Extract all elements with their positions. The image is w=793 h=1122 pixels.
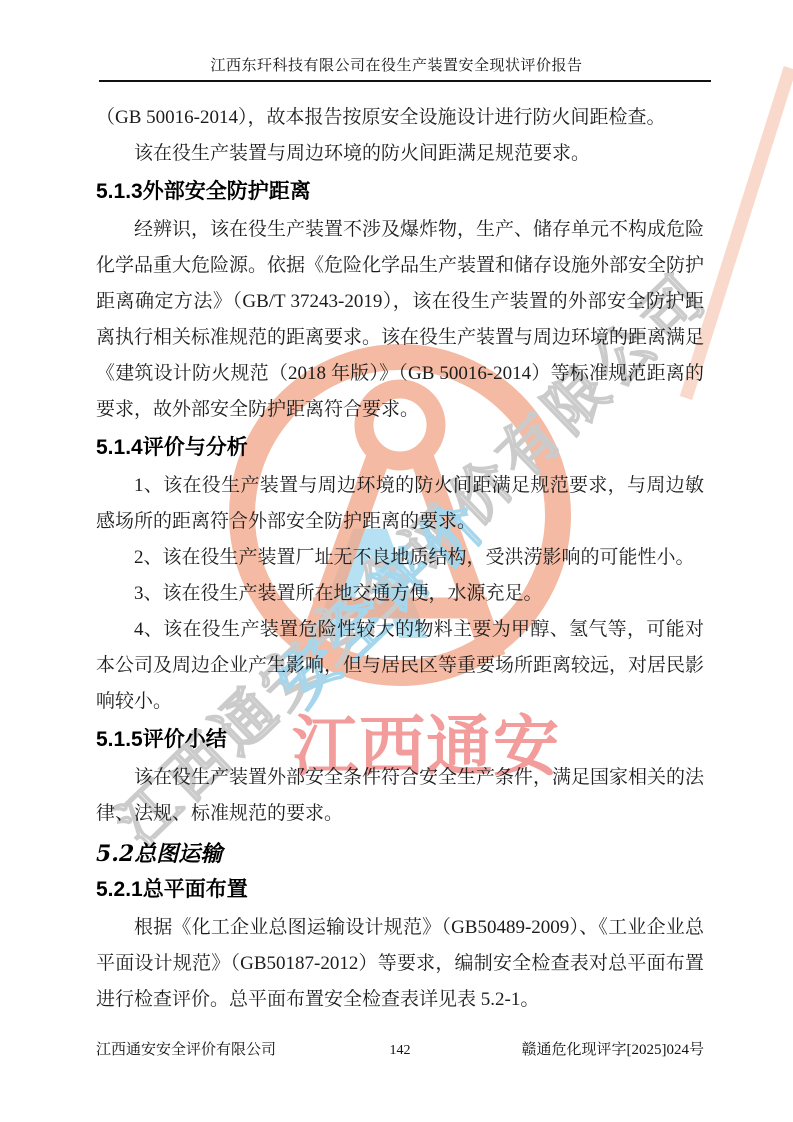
body-paragraph: 该在役生产装置外部安全条件符合安全生产条件，满足国家相关的法律、法规、标准规范的… bbox=[96, 760, 704, 832]
section-heading: 5.2.1总平面布置 bbox=[96, 875, 704, 905]
body-paragraph: 经辨识，该在役生产装置不涉及爆炸物，生产、储存单元不构成危险化学品重大危险源。依… bbox=[96, 212, 704, 428]
report-page: A 江西通安安全评价有限公司 安全评价 江西通安 江西东玕科技有限公司在役生产装… bbox=[0, 0, 793, 1122]
footer-document-number: 赣通危化现评字[2025]024号 bbox=[411, 1038, 705, 1059]
body-paragraph: 4、该在役生产装置危险性较大的物料主要为甲醇、氢气等，可能对本公司及周边企业产生… bbox=[96, 612, 704, 720]
section-heading: 5.1.3外部安全防护距离 bbox=[96, 177, 704, 207]
footer-company-name: 江西通安安全评价有限公司 bbox=[96, 1038, 390, 1059]
header-rule bbox=[99, 80, 711, 82]
body-paragraph: 3、该在役生产装置所在地交通方便，水源充足。 bbox=[96, 576, 704, 612]
section-heading: 5.1.4评价与分析 bbox=[96, 433, 704, 463]
body-paragraph: 该在役生产装置与周边环境的防火间距满足规范要求。 bbox=[96, 136, 704, 172]
page-header-title: 江西东玕科技有限公司在役生产装置安全现状评价报告 bbox=[0, 54, 793, 75]
document-body: （GB 50016-2014），故本报告按原安全设施设计进行防火间距检查。该在役… bbox=[96, 100, 704, 1018]
page-footer: 江西通安安全评价有限公司 142 赣通危化现评字[2025]024号 bbox=[96, 1038, 704, 1059]
body-paragraph: 2、该在役生产装置厂址无不良地质结构，受洪涝影响的可能性小。 bbox=[96, 540, 704, 576]
section-heading: 5.1.5评价小结 bbox=[96, 725, 704, 755]
chapter-heading: 5.2总图运输 bbox=[96, 838, 704, 870]
footer-page-number: 142 bbox=[390, 1043, 411, 1059]
body-paragraph: 1、该在役生产装置与周边环境的防火间距满足规范要求，与周边敏感场所的距离符合外部… bbox=[96, 468, 704, 540]
body-paragraph: （GB 50016-2014），故本报告按原安全设施设计进行防火间距检查。 bbox=[96, 100, 704, 136]
body-paragraph: 根据《化工企业总图运输设计规范》（GB50489-2009）、《工业企业总平面设… bbox=[96, 910, 704, 1018]
